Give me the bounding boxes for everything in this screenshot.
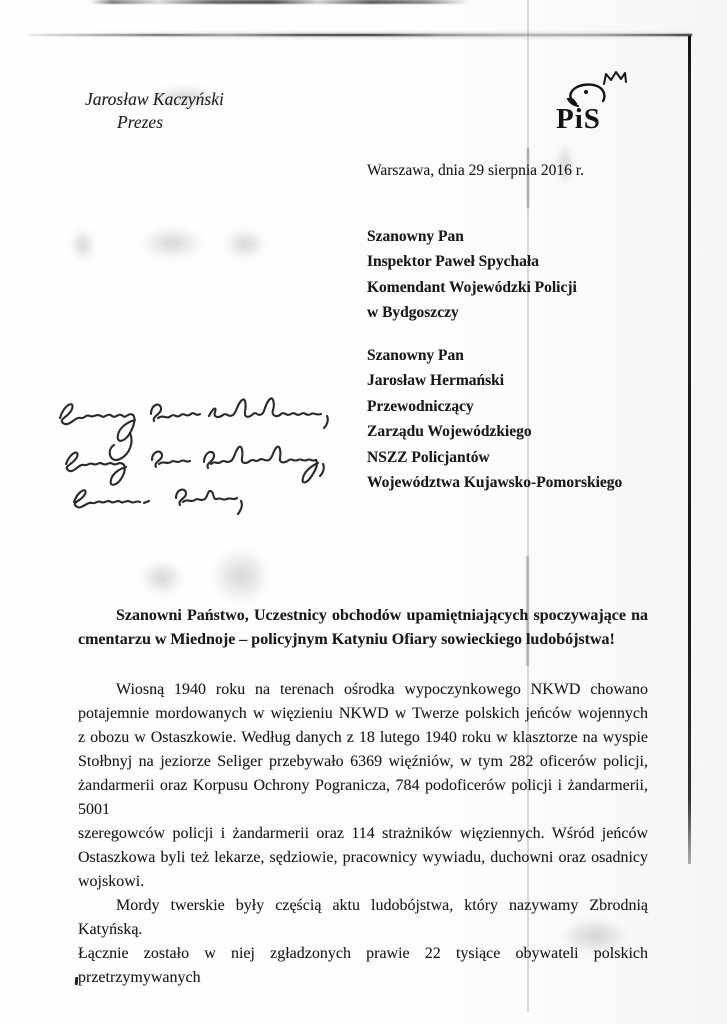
recipient-line: Szanowny Pan xyxy=(367,224,577,249)
sender-name: Jarosław Kaczyński xyxy=(85,88,224,111)
party-logo: PiS xyxy=(556,68,636,140)
scan-top-edge-smudge xyxy=(90,0,470,4)
scan-smudge xyxy=(212,548,270,604)
recipient-line: Przewodniczący xyxy=(367,394,622,419)
logo-text: PiS xyxy=(556,106,636,132)
body-line: Wiosną 1940 roku na terenach ośrodka wyp… xyxy=(78,678,648,702)
recipient-line: w Bydgoszczy xyxy=(367,300,577,325)
recipient-line: Województwa Kujawsko-Pomorskiego xyxy=(367,470,622,495)
sender-block: Jarosław Kaczyński Prezes xyxy=(85,88,224,134)
recipient-block-2: Szanowny Pan Jarosław Hermański Przewodn… xyxy=(367,343,622,495)
body-line: szeregowców policji i żandarmerii oraz 1… xyxy=(78,822,648,846)
sender-title: Prezes xyxy=(85,111,224,134)
recipient-line: Zarządu Wojewódzkiego xyxy=(367,419,622,444)
recipient-line: Komendant Wojewódzki Policji xyxy=(367,275,577,300)
letter-paragraph-2: Mordy twerskie były częścią aktu ludobój… xyxy=(78,894,648,990)
scan-right-edge-line xyxy=(688,36,691,864)
recipient-block-1: Szanowny Pan Inspektor Paweł Spychała Ko… xyxy=(367,224,577,326)
scan-smudge xyxy=(70,228,96,262)
body-line: Mordy twerskie były częścią aktu ludobój… xyxy=(78,894,648,942)
body-line: Ostaszkowa byli też lekarze, sędziowie, … xyxy=(78,846,648,870)
scan-smudge xyxy=(140,560,184,596)
scan-top-line-haze xyxy=(28,32,692,38)
body-line: wojskowi. xyxy=(78,870,648,894)
scan-top-rule-artifact xyxy=(28,34,692,36)
handwritten-greeting xyxy=(46,378,356,526)
body-line: Stołbnyj na jeziorze Seliger przebywało … xyxy=(78,750,648,774)
body-line: potajemnie mordowanych w więzieniu NKWD … xyxy=(78,702,648,726)
scan-smudge xyxy=(224,228,266,260)
letter-page: Jarosław Kaczyński Prezes PiS Warszawa, … xyxy=(0,0,727,1024)
recipient-line: Jarosław Hermański xyxy=(367,368,622,393)
body-line: Szanowni Państwo, Uczestnicy obchodów up… xyxy=(78,604,648,628)
recipient-line: Szanowny Pan xyxy=(367,343,622,368)
letter-heading: Szanowni Państwo, Uczestnicy obchodów up… xyxy=(78,604,648,652)
letter-paragraph-1: Wiosną 1940 roku na terenach ośrodka wyp… xyxy=(78,678,648,894)
body-line: Łącznie zostało w niej zgładzonych prawi… xyxy=(78,942,648,990)
letter-body: Szanowni Państwo, Uczestnicy obchodów up… xyxy=(78,604,648,990)
recipient-line: Inspektor Paweł Spychała xyxy=(367,249,577,274)
recipient-line: NSZZ Policjantów xyxy=(367,445,622,470)
dateline: Warszawa, dnia 29 sierpnia 2016 r. xyxy=(367,162,584,180)
body-line: cmentarzu w Miednoje – policyjnym Katyni… xyxy=(78,628,648,652)
scan-smudge xyxy=(140,226,204,260)
body-line: z obozu w Ostaszkowie. Według danych z 1… xyxy=(78,726,648,750)
body-line: żandarmerii oraz Korpusu Ochrony Pograni… xyxy=(78,774,648,822)
